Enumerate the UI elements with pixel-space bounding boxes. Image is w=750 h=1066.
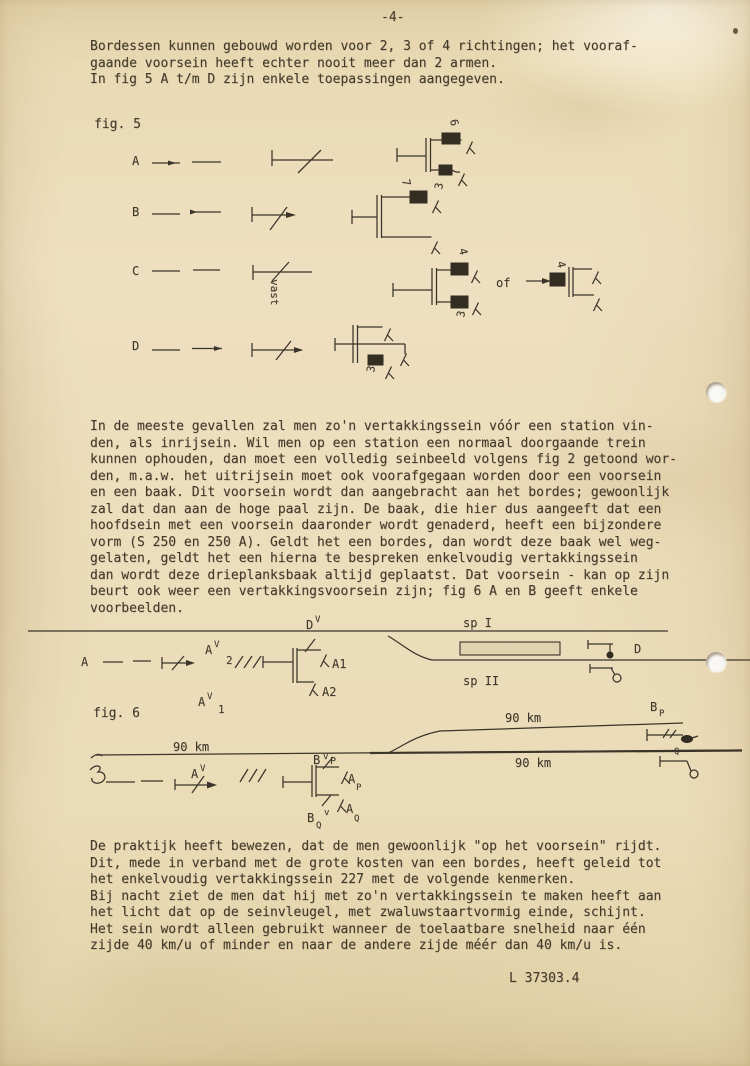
voorsein-chevron-icon [310, 684, 319, 697]
av1-label: A [198, 695, 206, 709]
punch-hole-top [706, 382, 726, 402]
speed-label-branch: 90 km [505, 711, 541, 725]
bq-signal-lamp [690, 770, 698, 778]
signal-head-box [439, 165, 452, 175]
voorsein-chevron-icon [467, 142, 476, 155]
track-dashes [106, 781, 163, 782]
page-number: -4- [381, 10, 404, 27]
vast-annotation: vast [268, 279, 281, 306]
ink-speck [733, 28, 738, 34]
voorsein-chevron-icon [459, 174, 468, 187]
fig5-row-c: C vast 4 3 of 4 [132, 247, 602, 319]
track-sp1-label: sp I [463, 616, 492, 630]
signal-symbol [272, 150, 333, 173]
d-signal-lamp [607, 652, 613, 658]
bvp-superscript: v [323, 752, 328, 762]
track-number: 3 [364, 365, 378, 374]
a1-signal-label: A1 [332, 657, 346, 671]
av1-superscript: V [207, 692, 213, 702]
figure-6-diagram: D V sp I A A V 2 A1 A2 A V 1 D [20, 612, 750, 840]
voorsein-chevron-icon [433, 201, 442, 214]
bp-signal [647, 729, 683, 741]
speed-label-left: 90 km [173, 740, 209, 754]
track-sp2-line [388, 636, 750, 660]
dash-arrowhead-icon [214, 346, 222, 351]
approach-a-label: A [81, 655, 89, 669]
arrowhead-icon [207, 782, 217, 789]
speed-label-right: 90 km [515, 756, 551, 770]
body-paragraph: In de meeste gevallen zal men zo'n verta… [90, 419, 677, 617]
voorsein-chevron-icon [321, 655, 330, 668]
a2-signal-label: A2 [322, 685, 336, 699]
bvq-superscript: v [324, 808, 329, 818]
arrow-signal [162, 656, 188, 670]
track-dashes [152, 349, 222, 351]
branch-line [388, 723, 683, 753]
ap-subscript: P [356, 783, 362, 793]
signal-head-box [451, 296, 468, 308]
track-number: 4 [554, 260, 568, 270]
bp-label: B [650, 700, 657, 714]
track-dashes [152, 270, 220, 271]
dash-arrowhead-icon [190, 210, 197, 215]
track-dashes [152, 212, 221, 214]
bq-subscript: Q [316, 821, 321, 831]
approach-line [263, 656, 293, 668]
track-number: 7 [399, 178, 413, 187]
bq-signal [660, 756, 691, 771]
voorsein-chevron-icon [594, 299, 603, 312]
track-dashes [103, 661, 151, 662]
bvp-subscript: P [330, 756, 336, 767]
voorsein-chevron-icon [338, 800, 347, 813]
row-a-label: A [132, 154, 140, 168]
track-number: 3 [432, 182, 446, 191]
voorsein-chevron-icon [432, 242, 441, 255]
signal-head-box [442, 133, 460, 144]
av2-subscript: 2 [226, 654, 233, 667]
signal-symbol [253, 262, 312, 281]
arm-link [452, 170, 460, 172]
fig5-row-d: D 3 [132, 325, 409, 379]
d-signal-label: D [634, 642, 641, 656]
fig5-row-b: B 7 [132, 178, 441, 254]
signal-head-box [451, 263, 468, 275]
alt-bracket [569, 267, 594, 297]
punch-hole-bottom [706, 652, 726, 672]
aq-label: A [346, 802, 354, 816]
track-sp2-label: sp II [463, 674, 499, 688]
voorsein-chevron-icon [386, 367, 395, 380]
intro-paragraph: Bordessen kunnen gebouwd worden voor 2, … [90, 39, 638, 89]
signal-head-box [368, 355, 383, 365]
av1-subscript: 1 [218, 703, 225, 716]
arrowhead-icon [186, 660, 195, 666]
d-signal [588, 640, 613, 652]
opposite-signal-lamp [613, 674, 621, 682]
row-c-label: C [132, 264, 139, 278]
voorsein-chevron-icon [473, 303, 482, 316]
signal-head-box [550, 273, 565, 286]
voorsein-chevron-icon [385, 329, 394, 342]
document-reference: L 37303.4 [509, 971, 579, 988]
dv-superscript: V [315, 615, 321, 625]
voorsein-chevron-icon [401, 354, 410, 367]
q-subscript: Q [674, 747, 679, 757]
approach-line [283, 776, 312, 788]
main-line-thick [370, 751, 742, 754]
fig5-row-a: A 6 3 [132, 118, 475, 191]
av2-superscript: V [214, 640, 220, 650]
fig6-caption: fig. 6 [93, 706, 140, 721]
dv-signal-label: D [306, 618, 313, 632]
closing-paragraph: De praktijk heeft bewezen, dat de men ge… [90, 839, 661, 955]
track-number: 3 [454, 310, 468, 319]
av2-label: A [205, 643, 213, 657]
dash-arrowhead-icon [168, 161, 176, 166]
voorsein-chevron-icon [593, 272, 602, 285]
platform-rect [460, 642, 560, 655]
fig6-example-b: fig. 6 B P 90 km 90 km 90 km A V B v P A… [90, 700, 742, 831]
opposite-signal [590, 664, 615, 675]
scanned-document-page: -4- Bordessen kunnen gebouwd worden voor… [0, 0, 750, 1066]
track-dashes [152, 162, 221, 163]
bp-signal-head [682, 736, 693, 743]
av-superscript: V [200, 764, 206, 774]
hatch-marks [235, 656, 261, 668]
voorsein-chevron-icon [472, 271, 481, 284]
track-number: 6 [447, 118, 461, 127]
bp-signal-tail [692, 736, 698, 738]
signal-symbol [252, 207, 293, 230]
row-d-label: D [132, 339, 139, 353]
bp-subscript: P [659, 709, 665, 719]
buffer-mark [90, 754, 105, 783]
arrowhead-icon [286, 212, 296, 218]
av-label: A [191, 767, 199, 781]
bordes-bracket [393, 268, 452, 305]
fig6-example-a: D V sp I A A V 2 A1 A2 A V 1 D [28, 615, 750, 716]
of-annotation: of [496, 276, 510, 290]
row-b-label: B [132, 205, 139, 219]
figure-5-diagram: A 6 3 B 7 C [80, 110, 640, 410]
hatch-marks [240, 769, 266, 782]
track-number: 4 [456, 247, 470, 257]
ap-label: A [348, 772, 356, 786]
bordes-mast [293, 639, 321, 683]
signal-head-box [410, 191, 427, 203]
bvp-label: B [313, 753, 320, 767]
arrowhead-icon [294, 347, 303, 353]
aq-subscript: Q [354, 814, 359, 824]
bq-label: B [307, 811, 314, 825]
